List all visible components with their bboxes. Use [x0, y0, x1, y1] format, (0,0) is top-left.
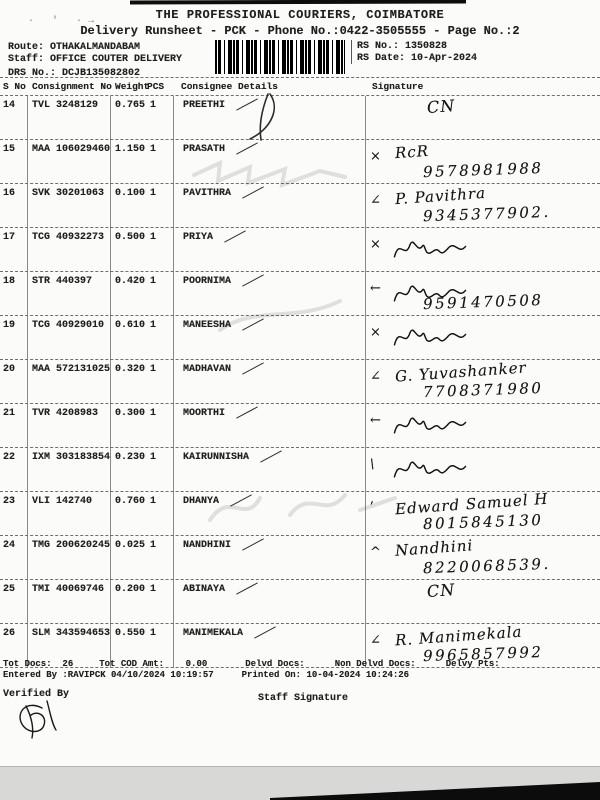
- delvd-docs-label: Delvd Docs:: [245, 659, 304, 669]
- serial-number: 23: [3, 496, 15, 507]
- pcs-value: 1: [150, 452, 156, 463]
- pcs-value: 1: [150, 584, 156, 595]
- consignment-number: MAA 106029460: [32, 144, 110, 155]
- staff-label: Staff:: [8, 54, 50, 65]
- consignee-name-text: ABINAYA: [183, 584, 225, 595]
- serial-number: 15: [3, 144, 15, 155]
- signature-name: CN: [426, 580, 456, 601]
- pencil-smudge: [200, 480, 400, 530]
- staff-value: OFFICE COUTER DELIVERY: [50, 54, 182, 65]
- signature-check-mark: ∠: [370, 193, 381, 208]
- consignee-name-text: MADHAVAN: [183, 364, 231, 375]
- consignment-number: TVR 4208983: [32, 408, 98, 419]
- signature-cell: ×: [365, 228, 600, 271]
- document-subtitle: Delivery Runsheet - PCK - Phone No.:0422…: [0, 24, 600, 38]
- scanner-shadow-artifact: [0, 778, 600, 800]
- signature-cell: × RcR 9578981988: [365, 140, 600, 183]
- audit-line: Entered By :RAVIPCK 04/10/2024 10:19:57 …: [3, 670, 409, 680]
- weight-value: 1.150: [115, 144, 145, 155]
- verified-signature-scribble: [14, 698, 62, 742]
- signature-scribble: [391, 233, 469, 265]
- rs-number-label: RS No.:: [357, 41, 405, 52]
- delivery-tick-mark: [236, 142, 258, 154]
- delivery-tick-mark: [242, 362, 264, 374]
- signature-cell: ∠ P. Pavithra 9345377902.: [365, 184, 600, 227]
- table-row: 14 TVL 3248129 0.765 1 PREETHI CN: [0, 96, 600, 140]
- route-field: Route: OTHAKALMANDABAM: [8, 42, 140, 53]
- signature-phone: 9591470508: [423, 291, 544, 313]
- pcs-value: 1: [150, 188, 156, 199]
- signature-scribble: [391, 453, 469, 485]
- rs-date-field: RS Date: 10-Apr-2024: [357, 53, 477, 64]
- rs-number-field: RS No.: 1350828: [357, 41, 447, 52]
- signature-cell: ←: [365, 404, 600, 447]
- pcs-value: 1: [150, 100, 156, 111]
- divider-line: [351, 40, 352, 64]
- signature-cell: CN: [365, 96, 600, 139]
- signature-name: RcR: [394, 142, 429, 162]
- weight-value: 0.420: [115, 276, 145, 287]
- consignee-name: MOORTHI: [183, 408, 259, 419]
- printed-on-text: Printed On: 10-04-2024 10:24:26: [242, 670, 409, 680]
- tot-docs-value: 26: [62, 659, 73, 669]
- consignee-name: PRASATH: [183, 144, 259, 155]
- serial-number: 17: [3, 232, 15, 243]
- consignment-number: VLI 142740: [32, 496, 92, 507]
- col-header-weight: Weight: [115, 81, 149, 92]
- rs-date-value: 10-Apr-2024: [411, 53, 477, 64]
- consignment-number: SVK 30201063: [32, 188, 104, 199]
- signature-check-mark: ×: [370, 149, 381, 164]
- table-row: 20 MAA 572131025 0.320 1 MADHAVAN ∠ G. Y…: [0, 360, 600, 404]
- serial-number: 25: [3, 584, 15, 595]
- staff-field: Staff: OFFICE COUTER DELIVERY: [8, 54, 182, 65]
- pcs-value: 1: [150, 320, 156, 331]
- consignment-number: TCG 40932273: [32, 232, 104, 243]
- serial-number: 19: [3, 320, 15, 331]
- consignee-name-text: PREETHI: [183, 100, 225, 111]
- route-label: Route:: [8, 42, 50, 53]
- rs-date-label: RS Date:: [357, 53, 411, 64]
- weight-value: 0.610: [115, 320, 145, 331]
- entered-by-text: Entered By :RAVIPCK 04/10/2024 10:19:57: [3, 670, 214, 680]
- consignment-number: STR 440397: [32, 276, 92, 287]
- signature-cell: ×: [365, 316, 600, 359]
- delivery-tick-mark: [236, 582, 258, 594]
- consignee-name: MANIMEKALA: [183, 628, 277, 639]
- consignment-number: TMI 40069746: [32, 584, 104, 595]
- consignee-name-text: MANIMEKALA: [183, 628, 243, 639]
- delivery-tick-mark: [254, 626, 276, 638]
- pcs-value: 1: [150, 408, 156, 419]
- pcs-value: 1: [150, 540, 156, 551]
- signature-phone: 9578981988: [423, 159, 544, 181]
- pencil-smudge: [190, 155, 350, 195]
- consignee-name-text: PRASATH: [183, 144, 225, 155]
- serial-number: 24: [3, 540, 15, 551]
- signature-cell: ← 9591470508: [365, 272, 600, 315]
- consignment-number: SLM 343594653: [32, 628, 110, 639]
- signature-check-mark: ∠: [370, 369, 381, 384]
- scanned-delivery-runsheet: · ' ·→ THE PROFESSIONAL COURIERS, COIMBA…: [0, 0, 600, 800]
- consignee-name-text: PRIYA: [183, 232, 213, 243]
- signature-phone: 9345377902.: [423, 203, 551, 225]
- weight-value: 0.025: [115, 540, 145, 551]
- weight-value: 0.300: [115, 408, 145, 419]
- rs-number-value: 1350828: [405, 41, 447, 52]
- weight-value: 0.200: [115, 584, 145, 595]
- delivery-tick-mark: [260, 450, 282, 462]
- serial-number: 21: [3, 408, 15, 419]
- signature-phone: 8015845130: [423, 511, 544, 533]
- table-row: 21 TVR 4208983 0.300 1 MOORTHI ←: [0, 404, 600, 448]
- consignee-name: PRIYA: [183, 232, 247, 243]
- delivery-tick-mark: [224, 230, 246, 242]
- pcs-value: 1: [150, 276, 156, 287]
- serial-number: 14: [3, 100, 15, 111]
- paper-sheet: · ' ·→ THE PROFESSIONAL COURIERS, COIMBA…: [0, 0, 600, 767]
- consignee-name-text: MOORTHI: [183, 408, 225, 419]
- signature-check-mark: \: [370, 457, 374, 472]
- table-row: 17 TCG 40932273 0.500 1 PRIYA ×: [0, 228, 600, 272]
- consignee-name: ABINAYA: [183, 584, 259, 595]
- signature-cell: ∠ G. Yuvashanker 7708371980: [365, 360, 600, 403]
- delivery-tick-mark: [242, 274, 264, 286]
- pcs-value: 1: [150, 628, 156, 639]
- tot-cod-label: Tot COD Amt:: [99, 659, 185, 669]
- serial-number: 18: [3, 276, 15, 287]
- col-header-signature: Signature: [372, 81, 423, 92]
- serial-number: 22: [3, 452, 15, 463]
- signature-cell: ^ Nandhini 8220068539.: [365, 536, 600, 579]
- consignee-name-text: KAIRUNNISHA: [183, 452, 249, 463]
- route-value: OTHAKALMANDABAM: [50, 42, 140, 53]
- pencil-smudge: [215, 295, 345, 335]
- weight-value: 0.550: [115, 628, 145, 639]
- signature-cell: ʹ Edward Samuel H 8015845130: [365, 492, 600, 535]
- consignee-name-text: POORNIMA: [183, 276, 231, 287]
- weight-value: 0.765: [115, 100, 145, 111]
- consignment-number: MAA 572131025: [32, 364, 110, 375]
- tot-docs-label: Tot Docs:: [3, 659, 62, 669]
- col-header-sno: S No: [3, 81, 26, 92]
- col-header-pcs: PCS: [147, 81, 164, 92]
- delivery-tick-mark: [236, 406, 258, 418]
- delivery-tick-mark: [242, 538, 264, 550]
- signature-phone: 8220068539.: [423, 555, 551, 577]
- signature-phone: 7708371980: [423, 379, 544, 401]
- col-header-consignee: Consignee Details: [181, 81, 278, 92]
- signature-check-mark: ×: [370, 325, 381, 340]
- consignee-name: KAIRUNNISHA: [183, 452, 283, 463]
- signature-scribble: [391, 321, 469, 353]
- table-row: 25 TMI 40069746 0.200 1 ABINAYA CN: [0, 580, 600, 624]
- consignee-name: MADHAVAN: [183, 364, 265, 375]
- non-delvd-docs-label: Non Delvd Docs:: [335, 659, 416, 669]
- consignee-name: NANDHINI: [183, 540, 265, 551]
- signature-cell: CN: [365, 580, 600, 623]
- consignee-name: POORNIMA: [183, 276, 265, 287]
- signature-check-mark: ∠: [370, 633, 381, 648]
- tot-cod-value: 0.00: [186, 659, 208, 669]
- weight-value: 0.230: [115, 452, 145, 463]
- pcs-value: 1: [150, 496, 156, 507]
- consignment-number: TVL 3248129: [32, 100, 98, 111]
- staff-signature-label: Staff Signature: [258, 693, 348, 704]
- signature-scribble: [391, 409, 469, 441]
- table-row: 24 TMG 200620245 0.025 1 NANDHINI ^ Nand…: [0, 536, 600, 580]
- pcs-value: 1: [150, 144, 156, 155]
- signature-check-mark: ^: [370, 545, 381, 560]
- table-header-row: S No Consignment No Weight PCS Consignee…: [0, 77, 600, 96]
- weight-value: 0.320: [115, 364, 145, 375]
- scanner-edge-artifact: [130, 0, 466, 4]
- pen-curve-artifact: [240, 92, 282, 142]
- weight-value: 0.100: [115, 188, 145, 199]
- document-title: THE PROFESSIONAL COURIERS, COIMBATORE: [0, 8, 600, 22]
- signature-phone: 9965857992: [423, 643, 544, 665]
- consignee-name-text: NANDHINI: [183, 540, 231, 551]
- consignment-number: IXM 303183854: [32, 452, 110, 463]
- barcode-icon: [215, 40, 345, 74]
- consignment-number: TMG 200620245: [32, 540, 110, 551]
- signature-cell: \: [365, 448, 600, 491]
- signature-name: Nandhini: [394, 536, 473, 559]
- consignment-number: TCG 40929010: [32, 320, 104, 331]
- serial-number: 20: [3, 364, 15, 375]
- weight-value: 0.760: [115, 496, 145, 507]
- pcs-value: 1: [150, 232, 156, 243]
- serial-number: 16: [3, 188, 15, 199]
- pcs-value: 1: [150, 364, 156, 375]
- signature-check-mark: ←: [370, 281, 381, 296]
- signature-name: CN: [426, 96, 456, 117]
- signature-check-mark: ×: [370, 237, 381, 252]
- signature-check-mark: ←: [370, 413, 381, 428]
- weight-value: 0.500: [115, 232, 145, 243]
- col-header-consignment: Consignment No: [32, 81, 112, 92]
- serial-number: 26: [3, 628, 15, 639]
